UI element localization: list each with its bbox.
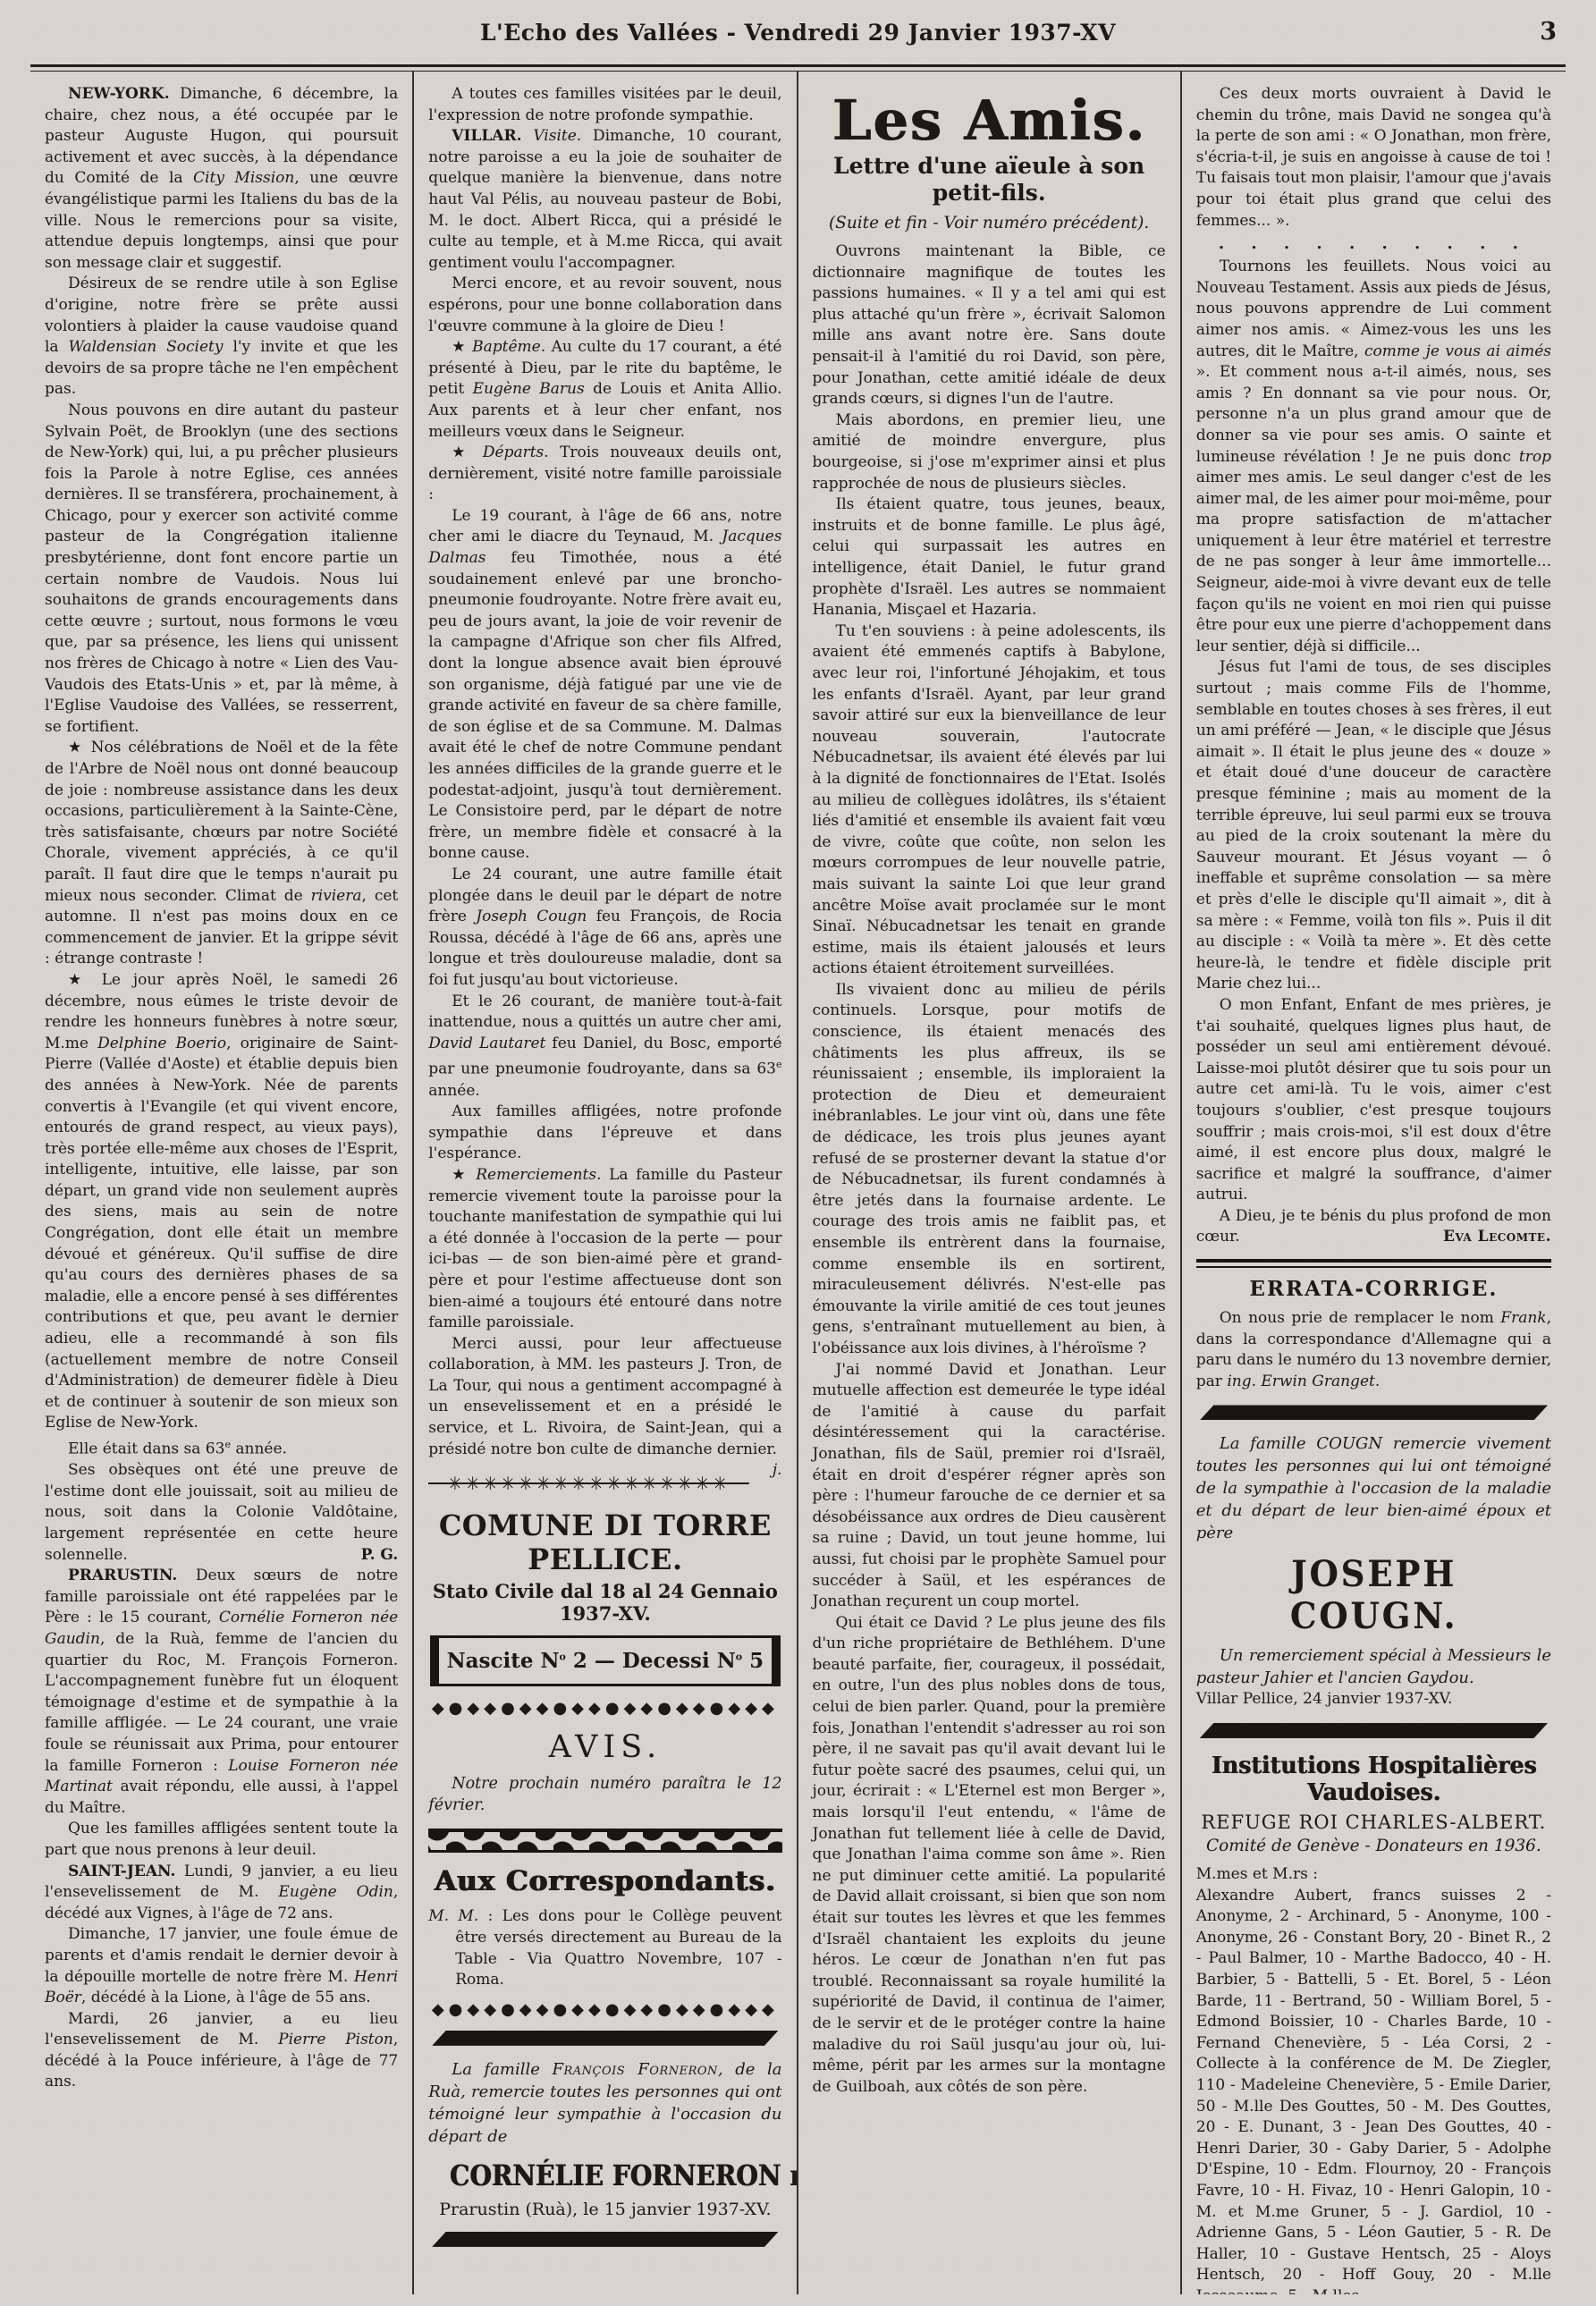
block-pni: M.mes et M.rs : <box>1196 1864 1551 1886</box>
headline-les-amis: Les Amis. <box>813 91 1166 149</box>
article-saint-jean: SAINT-JEAN. Lundi, 9 janvier, a eu lieu … <box>45 1862 398 1925</box>
stato-civile-box: Nascite No 2 — Decessi No 5 <box>430 1635 780 1686</box>
block-p: Tu t'en souviens : à peine adolescents, … <box>813 621 1166 980</box>
newspaper-page: L'Echo des Vallées - Vendredi 29 Janvier… <box>0 0 1596 2306</box>
black-bar <box>432 2031 778 2046</box>
block-p: Dimanche, 17 janvier, une foule émue de … <box>45 1924 398 2008</box>
header-rule <box>30 64 1566 72</box>
heading-cornelie-forneron: CORNÉLIE FORNERON née GAUDIN. <box>450 2158 761 2192</box>
block-p: Le 19 courant, à l'âge de 66 ans, notre … <box>428 506 781 865</box>
heavy-rule <box>1196 1259 1551 1268</box>
block-p: Nous pouvons en dire autant du pasteur S… <box>45 401 398 739</box>
heading-avis: AVIS. <box>428 1729 781 1765</box>
block-p: Merci aussi, pour leur affectueuse colla… <box>428 1334 781 1461</box>
block-p: Mardi, 26 janvier, a eu lieu l'ensevelis… <box>45 2009 398 2093</box>
block-p: J'ai nommé David et Jonathan. Leur mutue… <box>813 1360 1166 1613</box>
block-p: Ils vivaient donc au milieu de périls co… <box>813 980 1166 1360</box>
column-1: NEW-YORK. Dimanche, 6 décembre, la chair… <box>30 72 414 2294</box>
column-4: Ces deux morts ouvraient à David le chem… <box>1182 72 1566 2294</box>
column-3: Les Amis.Lettre d'une aïeule à son petit… <box>798 72 1182 2294</box>
heading-comune: COMUNE DI TORRE PELLICE. <box>428 1508 781 1576</box>
block-p: Jésus fut l'ami de tous, de ses disciple… <box>1196 657 1551 995</box>
block-p: ★ Baptême. Au culte du 17 courant, a été… <box>428 337 781 443</box>
page-number: 3 <box>1540 18 1557 46</box>
block-pni: Villar Pellice, 24 janvier 1937-XV. <box>1196 1689 1551 1710</box>
heading-refuge: REFUGE ROI CHARLES-ALBERT. <box>1196 1812 1551 1833</box>
block-p: ★ Remerciements. La famille du Pasteur r… <box>428 1165 781 1334</box>
block-hang: M. M. : Les dons pour le Collège peuvent… <box>428 1906 781 1990</box>
block-p: Tournons les feuillets. Nous voici au No… <box>1196 257 1551 657</box>
block-p: Qui était ce David ? Le plus jeune des f… <box>813 1613 1166 2099</box>
diamond-separator: ◆●◆◆●◆◆●◆◆●◆◆●◆◆●◆◆◆ <box>428 1701 781 1717</box>
block-p: O mon Enfant, Enfant de mes prières, je … <box>1196 995 1551 1206</box>
dots-separator: . . . . . . . . . . <box>1196 235 1551 253</box>
block-p: Et le 26 courant, de manière tout-à-fait… <box>428 992 781 1102</box>
diamond-separator: ◆●◆◆●◆◆●◆◆●◆◆●◆◆●◆◆◆ <box>428 2002 781 2018</box>
heading-institutions: Institutions Hospitalières Vaudoises. <box>1202 1753 1546 1806</box>
article-villar: VILLAR. Visite. Dimanche, 10 courant, no… <box>428 126 781 274</box>
heading-joseph-cougn: JOSEPH COUGN. <box>1209 1553 1539 1637</box>
block-p: Que les familles affligées sentent toute… <box>45 1819 398 1861</box>
block-p: Ses obsèques ont été une preuve de l'est… <box>45 1460 398 1566</box>
scallop-separator <box>428 1829 781 1853</box>
subhead-lettre: Lettre d'une aïeule à son petit-fils. <box>813 153 1166 207</box>
block-p: ★ Nos célébrations de Noël et de la fête… <box>45 738 398 970</box>
donor-list: Alexandre Aubert, francs suisses 2 - Ano… <box>1196 1886 1551 2294</box>
block-p: Le 24 courant, une autre famille était p… <box>428 865 781 992</box>
block-p: Ils étaient quatre, tous jeunes, beaux, … <box>813 494 1166 621</box>
block-notice: La famille COUGN remercie vivement toute… <box>1196 1432 1551 1544</box>
columns-container: NEW-YORK. Dimanche, 6 décembre, la chair… <box>30 72 1566 2294</box>
black-bar <box>1200 1723 1548 1738</box>
block-p: A toutes ces familles visitées par le de… <box>428 84 781 126</box>
block-p: ★ Le jour après Noël, le samedi 26 décem… <box>45 970 398 1434</box>
heading-errata: ERRATA-CORRIGE. <box>1196 1277 1551 1301</box>
block-notice: La famille François Forneron, de la Ruà,… <box>428 2058 781 2148</box>
block-p: Elle était dans sa 63e année. <box>45 1434 398 1460</box>
block-p: Mais abordons, en premier lieu, une amit… <box>813 410 1166 494</box>
masthead: L'Echo des Vallées - Vendredi 29 Janvier… <box>0 0 1596 59</box>
block-p: ★ Départs. Trois nouveaux deuils ont, de… <box>428 443 781 506</box>
article-new-york: NEW-YORK. Dimanche, 6 décembre, la chair… <box>45 84 398 274</box>
block-p: A Dieu, je te bénis du plus profond de m… <box>1196 1206 1551 1248</box>
block-pit: Notre prochain numéro paraîtra le 12 fév… <box>428 1774 781 1816</box>
block-p: On nous prie de remplacer le nom Frank, … <box>1196 1308 1551 1392</box>
heading-stato-civile: Stato Civile dal 18 al 24 Gennaio 1937-X… <box>428 1580 781 1625</box>
black-bar <box>432 2232 778 2247</box>
block-notice: Un remerciement spécial à Messieurs le p… <box>1196 1644 1551 1689</box>
masthead-title: L'Echo des Vallées - Vendredi 29 Janvier… <box>480 20 1116 46</box>
block-p: Désireux de se rendre utile à son Eglise… <box>45 274 398 401</box>
block-p: Merci encore, et au revoir souvent, nous… <box>428 274 781 337</box>
article-prarustin: PRARUSTIN. Deux sœurs de notre famille p… <box>45 1566 398 1819</box>
block-centi: (Suite et fin - Voir numéro précédent). <box>813 214 1166 232</box>
block-centi: Comité de Genève - Donateurs en 1936. <box>1196 1837 1551 1855</box>
heading-aux-correspondants: Aux Correspondants. <box>428 1865 781 1897</box>
block-p: Ouvrons maintenant la Bible, ce dictionn… <box>813 241 1166 410</box>
block-centp: Prarustin (Ruà), le 15 janvier 1937-XV. <box>428 2200 781 2219</box>
black-bar <box>1200 1405 1548 1420</box>
column-2: A toutes ces familles visitées par le de… <box>414 72 798 2294</box>
block-p: Aux familles affligées, notre profonde s… <box>428 1102 781 1165</box>
block-p: Ces deux morts ouvraient à David le chem… <box>1196 84 1551 232</box>
star-separator: ✳✳✳✳✳✳✳✳✳✳✳✳✳✳✳✳ <box>428 1474 749 1492</box>
